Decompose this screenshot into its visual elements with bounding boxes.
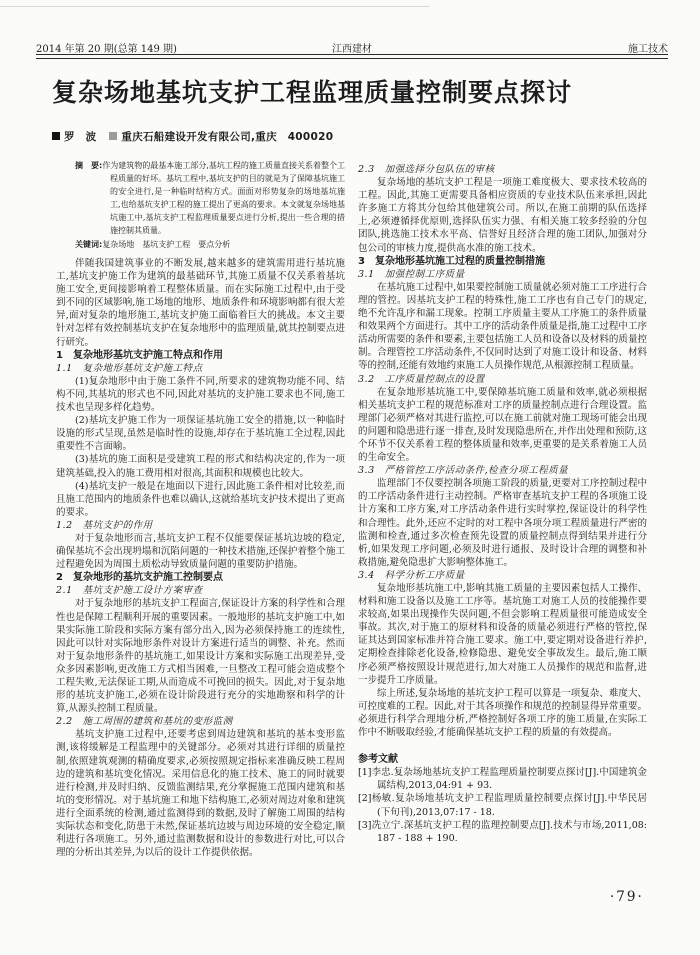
section-heading: 1 复杂地形基坑支护施工特点和作用 — [56, 349, 345, 362]
author-line: 罗 波重庆石船建设开发有限公司,重庆 400020 — [52, 129, 333, 144]
paragraph: 监理部门不仅要控制各项施工阶段的质量,更要对工序控制过程中的工序活动条件进行主动… — [358, 477, 647, 569]
article-title: 复杂场地基坑支护工程监理质量控制要点探讨 — [52, 73, 572, 109]
journal-page: 2014 年第 20 期(总第 149 期) 江西建材 施工技术 复杂场地基坑支… — [0, 0, 700, 955]
left-column-blocks: 伴随我国建筑事业的不断发展,越来越多的建筑需用进行基坑施工,基坑支护施工作为建筑… — [56, 257, 345, 859]
left-column: 摘 要:作为建筑物的最基本施工部分,基坑工程的施工质量直接关系着整个工程质量的好… — [56, 159, 345, 859]
paragraph: 对于复杂地形而言,基坑支护工程不仅能要保证基坑边坡的稳定,确保基坑不会出现坍塌和… — [56, 532, 345, 571]
page-header: 2014 年第 20 期(总第 149 期) 江西建材 施工技术 — [36, 40, 668, 55]
subsection-heading: 3.4 科学分析工序质量 — [358, 569, 647, 582]
paragraph: 基坑支护施工过程中,还要考虑到周边建筑和基坑的基本变形监测,该将缓解是工程监理中… — [56, 728, 345, 859]
paragraph: 综上所述,复杂场地的基坑支护工程可以算是一项复杂、难度大、可控度难的工程。因此,… — [358, 687, 647, 739]
section-heading: 2 复杂地形的基坑支护施工控制要点 — [56, 571, 345, 584]
paragraph: 在基坑施工过程中,如果要控制施工质量就必须对施工工序进行合理的管控。因基坑支护工… — [358, 281, 647, 373]
subsection-heading: 3.1 加强控制工序质量 — [358, 268, 647, 281]
right-column-blocks: 2.3 加强选择分包队伍的审核复杂场地的基坑支护工程是一项施工难度极大、要求技术… — [358, 163, 647, 845]
abstract-label: 摘 要: — [75, 161, 102, 170]
paragraph: 伴随我国建筑事业的不断发展,越来越多的建筑需用进行基坑施工,基坑支护施工作为建筑… — [56, 257, 345, 349]
references-heading: 参考文献 — [358, 753, 647, 766]
abstract-text: 作为建筑物的最基本施工部分,基坑工程的施工质量直接关系着整个工程质量的好坏。基坑… — [102, 161, 345, 235]
paragraph: (2)基坑支护施工作为一项保证基坑施工安全的措施,以一种临时设施的形式呈现,虽然… — [56, 414, 345, 453]
keywords-label: 关键词: — [75, 240, 102, 249]
author-name: 罗 波 — [64, 131, 96, 143]
paragraph: 复杂地形基坑施工中,影响其施工质量的主要因素包括人工操作、材料和施工设备以及施工… — [358, 582, 647, 687]
scan-artifact-line — [0, 6, 430, 7]
subsection-heading: 3.2 工序质量控制点的设置 — [358, 373, 647, 386]
journal-name: 江西建材 — [36, 40, 668, 55]
abstract-block: 摘 要:作为建筑物的最基本施工部分,基坑工程的施工质量直接关系着整个工程质量的好… — [75, 159, 345, 237]
section-heading: 3 复杂地形基坑施工过程的质量控制措施 — [358, 255, 647, 268]
paragraph: (3)基坑的施工面积是受建筑工程的形式和结构决定的,作为一项建筑基础,投入的施工… — [56, 453, 345, 479]
subsection-heading: 2.3 加强选择分包队伍的审核 — [358, 163, 647, 176]
author-affiliation: 重庆石船建设开发有限公司,重庆 400020 — [121, 131, 333, 143]
page-number: ·79· — [610, 889, 644, 905]
reference-item: [2]杨敏.复杂场地基坑支护工程监理质量控制要点探讨[J].中华民居(下旬刊),… — [358, 792, 647, 818]
subsection-heading: 2.2 施工周围的建筑和基坑的变形监测 — [56, 715, 345, 728]
reference-item: [3]冼立宁.深基坑支护工程的监理控制要点[J].技术与市场,2011,08:1… — [358, 819, 647, 845]
affiliation-marker-icon — [109, 132, 117, 140]
right-column: 2.3 加强选择分包队伍的审核复杂场地的基坑支护工程是一项施工难度极大、要求技术… — [358, 159, 647, 859]
subsection-heading: 1.1 复杂地形基坑支护施工特点 — [56, 362, 345, 375]
paragraph: 复杂场地的基坑支护工程是一项施工难度极大、要求技术较高的工程。因此,其施工更需要… — [358, 176, 647, 255]
paragraph: 对于复杂地形的基坑支护工程面言,保证设计方案的科学性和合理性也是保障工程顺利开展… — [56, 597, 345, 715]
keywords-text: 复杂场地 基坑支护工程 要点分析 — [102, 240, 230, 249]
paragraph: 在复杂地形基坑施工中,要保障基坑施工质量和效率,就必须根据相关基坑支护工程的规范… — [358, 386, 647, 465]
reference-item: [1]李忠.复杂场地基坑支护工程监理质量控制要点探讨[J].中国建筑金属结构,2… — [358, 766, 647, 792]
paragraph: (1)复杂地形中由于施工条件不同,所要求的建筑物功能不同、结构不同,其基坑的形式… — [56, 375, 345, 414]
subsection-heading: 2.1 基坑支护施工设计方案审查 — [56, 584, 345, 597]
keywords-block: 关键词:复杂场地 基坑支护工程 要点分析 — [75, 238, 345, 251]
article-body: 摘 要:作为建筑物的最基本施工部分,基坑工程的施工质量直接关系着整个工程质量的好… — [56, 159, 648, 859]
subsection-heading: 1.2 基坑支护的作用 — [56, 519, 345, 532]
author-marker-icon — [52, 132, 60, 140]
header-double-rule — [36, 54, 668, 59]
paragraph: (4)基坑支护一般是在地面以下进行,因此施工条件相对比较差,而且施工范围内的地质… — [56, 480, 345, 519]
subsection-heading: 3.3 严格管控工序活动条件,检查分项工程质量 — [358, 464, 647, 477]
